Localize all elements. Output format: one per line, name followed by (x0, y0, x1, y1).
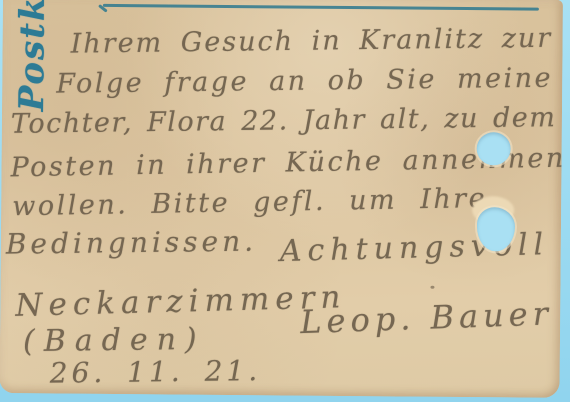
handwriting-place: Neckarzimmern (15, 279, 347, 324)
scanned-postcard-image: { "scene": { "description": "Scan of a h… (0, 0, 570, 402)
printed-header-rule (103, 4, 539, 11)
handwriting-line-6: Bedingnissen. (6, 225, 258, 261)
handwriting-signature: Leop. Bauer (300, 294, 554, 341)
postcard: Postk Ihrem Gesuch in Kranlitz zur Folge… (0, 0, 563, 398)
handwriting-line-3: Tochter, Flora 22. Jahr alt, zu dem (11, 102, 557, 140)
paper-speck (430, 286, 434, 289)
handwriting-region: (Baden) (23, 322, 206, 359)
handwriting-line-1: Ihrem Gesuch in Kranlitz zur (70, 23, 552, 60)
handwriting-line-2: Folge frage an ob Sie meine (56, 63, 553, 100)
punch-hole-top (477, 132, 511, 165)
handwriting-date: 26. 11. 21. (50, 354, 262, 390)
handwriting-line-5: wollen. Bitte gefl. um Ihre (12, 183, 487, 222)
postkarte-printed-label: Postk (12, 0, 53, 111)
